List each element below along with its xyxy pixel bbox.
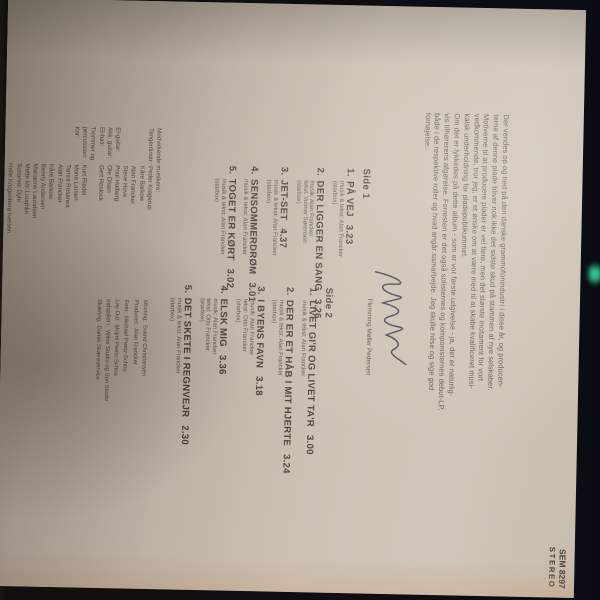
instrument-label <box>39 126 48 164</box>
sleeve-printed-content: Der vendes op og ned på den danske gramm… <box>0 0 585 597</box>
side2-heading: Side 2 <box>319 288 334 475</box>
production-value: Mojmi Peetz-Schou <box>112 325 119 376</box>
instrument-label <box>47 126 56 164</box>
instrument-label: Akk. guitar: <box>104 127 113 165</box>
track-number: 3. <box>255 286 266 299</box>
track-time: 3.18 <box>253 376 264 396</box>
instrument-label <box>14 125 23 163</box>
reflection-glint <box>588 260 600 288</box>
track-number: 2. <box>284 287 295 300</box>
production-label: Mixning: <box>141 300 147 322</box>
musician-name: Alan Francker <box>128 166 137 205</box>
track-title: ELSK MIG <box>217 298 229 347</box>
production-label: Producer: <box>132 300 139 326</box>
production-value: Dansk Skæreservice <box>94 325 101 379</box>
musician-name: Peder Kragerup <box>144 166 153 210</box>
track-number: 5. <box>226 166 237 179</box>
instrument-label <box>55 126 64 164</box>
musician-name: Mona Larsen <box>71 164 80 200</box>
instrument-label: Kor: <box>72 126 81 164</box>
musician-name: Alan Francker <box>54 164 63 203</box>
track-number: 1. <box>307 287 318 300</box>
track-time: 3.24 <box>281 454 292 474</box>
production-value: Alan Francker <box>131 328 138 365</box>
catalog-number: SEM 8297 <box>556 547 567 589</box>
production-value: Wilos Studio og Sun Studio <box>103 330 110 402</box>
musician-name: Benny Andersen <box>38 164 47 210</box>
track-item: 5.DET SKETE I REGNVEJR2.30musik & tekst:… <box>165 284 194 471</box>
musician-name: Steve Hove <box>120 165 129 197</box>
instrument-label <box>121 127 130 165</box>
musician-name: Mette Mc Loughlin <box>21 163 30 214</box>
track-number: 1. <box>344 168 355 181</box>
musician-name: Kåre Barkow <box>46 164 55 200</box>
track-number: 4. <box>218 285 229 298</box>
musician-name: Marianne Lauridsen <box>29 164 38 219</box>
musicians-credits: Medvirkende musikere: Tangentinstr.:Pede… <box>4 125 162 236</box>
side2-track-list: Side 2 1.LIVET GI'R OG LIVET TA'R3.00mus… <box>160 284 335 474</box>
musician-name: Helle Krogenberg Iversen <box>4 163 14 233</box>
instrument-label <box>6 125 15 163</box>
track-time: 2.30 <box>179 425 190 445</box>
instrument-label: El-guitar: <box>113 127 122 165</box>
instrument-label: Trommer og <box>88 127 97 165</box>
production-credits: Mixning:Svend ChristiansenProducer:Alan … <box>91 299 149 402</box>
track-number: 5. <box>182 285 193 298</box>
track-time: 3.23 <box>343 225 354 245</box>
track-title: I BYENS FAVN <box>253 299 265 368</box>
track-time: 4.37 <box>277 228 288 248</box>
track-number: 4. <box>249 166 260 179</box>
track-time: 3.00 <box>304 435 315 455</box>
instrument-label: percussion: <box>80 127 89 165</box>
instrument-label: Tangentinstr.: <box>145 128 154 166</box>
instrument-label <box>63 126 72 164</box>
track-number: 2. <box>315 167 326 180</box>
track-title: PÅ VEJ <box>344 181 356 217</box>
musician-name: Kåre Barkow <box>136 166 145 202</box>
instrument-label <box>31 126 40 164</box>
production-value: Svend Christiansen <box>140 325 147 376</box>
musician-name: Susanne Dyhr <box>13 163 22 202</box>
production-value: Michael Peetz-Schou <box>122 316 129 372</box>
musician-name: Gert Roslock <box>95 165 104 201</box>
track-title: TOGET ER KØRT <box>224 179 237 261</box>
musicians-rows: Tangentinstr.:Peder KragerupKåre BarkowA… <box>4 125 154 236</box>
track-title: DER LIGGER EN SANG <box>313 180 326 291</box>
track-time: 3.36 <box>217 355 228 375</box>
stereo-label: STEREO <box>546 547 557 589</box>
liner-notes-paragraph: Der vendes op og ned på den danske gramm… <box>417 113 511 412</box>
instrument-label <box>129 128 138 166</box>
track-item: 2.DER ER ET HÅB I MIT HJERTE3.24musik & … <box>267 287 296 474</box>
side2-tracks: 1.LIVET GI'R OG LIVET TA'R3.00musik & te… <box>165 284 319 474</box>
musician-name: Poul Halberg <box>112 165 121 201</box>
track-title: JET-SET <box>278 180 290 221</box>
track-item: 1.LIVET GI'R OG LIVET TA'R3.00musik & te… <box>297 287 319 474</box>
track-item: 3.I BYENS FAVN3.18musik: Alan Franckerte… <box>231 286 266 473</box>
production-label: Skæring: <box>95 299 101 323</box>
catalog-number-block: SEM 8297 STEREO <box>546 547 568 589</box>
instrument-label <box>22 125 31 163</box>
musician-name: Tamra Rosanes <box>62 164 71 208</box>
production-label: Indspillet i: <box>104 299 111 327</box>
musician-name: Kurt Riedel <box>79 165 88 196</box>
instrument-label <box>137 128 146 166</box>
record-sleeve-back: Der vendes op og ned på den danske gramm… <box>0 0 586 598</box>
production-label: Foto: <box>123 299 129 313</box>
photo-background: Der vendes op og ned på den danske gramm… <box>0 0 600 600</box>
instrument-label: El-bas: <box>96 127 105 165</box>
signature-scrawl <box>368 269 414 368</box>
track-title: SENSOMMERDRØM <box>247 179 260 274</box>
musician-name: Ole Olsen <box>104 165 113 193</box>
production-label: Lay Out: <box>114 299 120 321</box>
track-number: 3. <box>278 167 289 180</box>
track-item: 4.ELSK MIG3.36musik: Alan Franckertekst:… <box>194 285 229 472</box>
